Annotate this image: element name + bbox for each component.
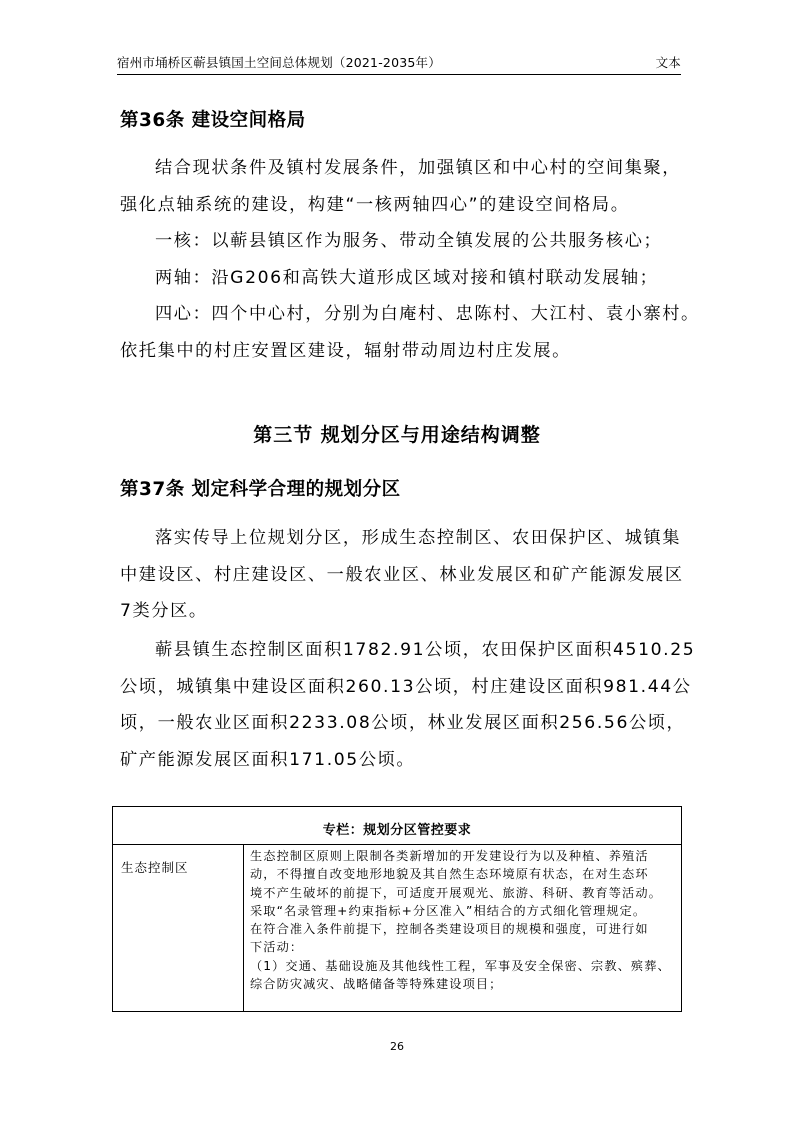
article-37-title: 第37条 划定科学合理的规划分区 bbox=[120, 475, 401, 501]
text-line: 两轴：沿G206和高铁大道形成区域对接和镇村联动发展轴； bbox=[120, 260, 680, 297]
text-line: 在符合准入条件前提下，控制各类建设项目的规模和强度，可进行如 bbox=[250, 920, 677, 938]
text-line: 公顷，城镇集中建设区面积260.13公顷，村庄建设区面积981.44公 bbox=[120, 669, 680, 706]
text-line: 动，不得擅自改变地形地貌及其自然生态环境原有状态，在对生态环 bbox=[250, 865, 677, 883]
text-line: 顷，一般农业区面积2233.08公顷，林业发展区面积256.56公顷， bbox=[120, 705, 680, 742]
article-36-axes: 两轴：沿G206和高铁大道形成区域对接和镇村联动发展轴； bbox=[120, 260, 680, 297]
document-type: 文本 bbox=[656, 53, 681, 71]
zone-name-cell: 生态控制区 bbox=[113, 845, 244, 1011]
text-line: 蕲县镇生态控制区面积1782.91公顷，农田保护区面积4510.25 bbox=[120, 632, 680, 669]
text-line: 境不产生破坏的前提下，可适度开展观光、旅游、科研、教育等活动。 bbox=[250, 884, 677, 902]
text-line: 四心：四个中心村，分别为白庵村、忠陈村、大江村、袁小寨村。 bbox=[120, 296, 680, 333]
text-line: 综合防灾减灾、战略储备等特殊建设项目； bbox=[250, 975, 677, 993]
text-line: 下活动： bbox=[250, 938, 677, 956]
document-title: 宿州市埇桥区蕲县镇国土空间总体规划（2021-2035年） bbox=[117, 53, 441, 71]
article-36-title: 第36条 建设空间格局 bbox=[120, 106, 306, 132]
article-36-centers: 四心：四个中心村，分别为白庵村、忠陈村、大江村、袁小寨村。 依托集中的村庄安置区… bbox=[120, 296, 680, 369]
page-number: 26 bbox=[0, 1040, 794, 1053]
table-row: 生态控制区 生态控制区原则上限制各类新增加的开发建设行为以及种植、养殖活 动，不… bbox=[113, 845, 681, 1011]
text-line: （1）交通、基础设施及其他线性工程，军事及安全保密、宗教、殡葬、 bbox=[250, 957, 677, 975]
article-36-core: 一核：以蕲县镇区作为服务、带动全镇发展的公共服务核心； bbox=[120, 223, 680, 260]
table-title: 专栏：规划分区管控要求 bbox=[113, 807, 681, 845]
text-line: 强化点轴系统的建设，构建“一核两轴四心”的建设空间格局。 bbox=[120, 187, 680, 224]
text-line: 中建设区、村庄建设区、一般农业区、林业发展区和矿产能源发展区 bbox=[120, 557, 680, 594]
text-line: 结合现状条件及镇村发展条件，加强镇区和中心村的空间集聚， bbox=[120, 150, 680, 187]
article-37-paragraph-2: 蕲县镇生态控制区面积1782.91公顷，农田保护区面积4510.25 公顷，城镇… bbox=[120, 632, 680, 778]
text-line: 一核：以蕲县镇区作为服务、带动全镇发展的公共服务核心； bbox=[120, 223, 680, 260]
text-line: 生态控制区原则上限制各类新增加的开发建设行为以及种植、养殖活 bbox=[250, 847, 677, 865]
article-36-paragraph-1: 结合现状条件及镇村发展条件，加强镇区和中心村的空间集聚， 强化点轴系统的建设，构… bbox=[120, 150, 680, 223]
text-line: 矿产能源发展区面积171.05公顷。 bbox=[120, 742, 680, 779]
text-line: 7类分区。 bbox=[120, 593, 680, 630]
zone-requirements-cell: 生态控制区原则上限制各类新增加的开发建设行为以及种植、养殖活 动，不得擅自改变地… bbox=[244, 845, 681, 1011]
zoning-control-table: 专栏：规划分区管控要求 生态控制区 生态控制区原则上限制各类新增加的开发建设行为… bbox=[112, 806, 682, 1012]
text-line: 落实传导上位规划分区，形成生态控制区、农田保护区、城镇集 bbox=[120, 520, 680, 557]
section-3-title: 第三节 规划分区与用途结构调整 bbox=[0, 420, 794, 447]
page-header: 宿州市埇桥区蕲县镇国土空间总体规划（2021-2035年） 文本 bbox=[117, 53, 681, 75]
text-line: 依托集中的村庄安置区建设，辐射带动周边村庄发展。 bbox=[120, 333, 680, 370]
text-line: 采取“名录管理+约束指标+分区准入”相结合的方式细化管理规定。 bbox=[250, 902, 677, 920]
article-37-paragraph-1: 落实传导上位规划分区，形成生态控制区、农田保护区、城镇集 中建设区、村庄建设区、… bbox=[120, 520, 680, 630]
